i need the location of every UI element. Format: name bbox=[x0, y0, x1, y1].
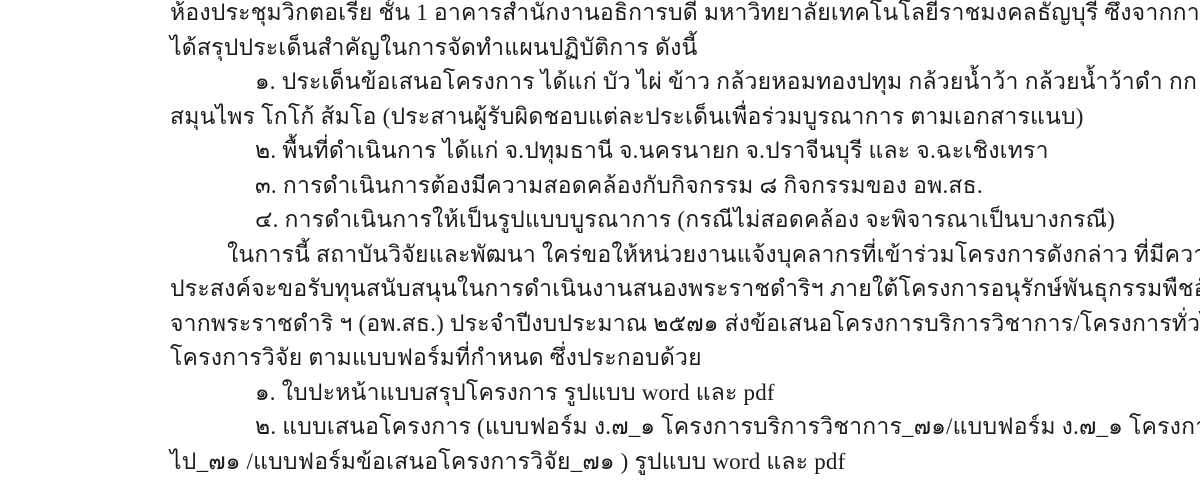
text-line-numbered-item-3: ๓. การดำเนินการต้องมีความสอดคล้องกับกิจก… bbox=[170, 169, 1035, 204]
text-line: ไป_๗๑ /แบบฟอร์มข้อเสนอโครงการวิจัย_๗๑ ) … bbox=[170, 445, 1035, 480]
text-line: ได้สรุปประเด็นสำคัญในการจัดทำแผนปฏิบัติก… bbox=[170, 31, 1035, 66]
document-page: ห้องประชุมวิกตอเรีย ชั้น 1 อาคารสำนักงาน… bbox=[0, 0, 1200, 480]
text-line: ห้องประชุมวิกตอเรีย ชั้น 1 อาคารสำนักงาน… bbox=[170, 0, 1035, 31]
text-line-list-item-2: ๒. แบบเสนอโครงการ (แบบฟอร์ม ง.๗_๑ โครงกา… bbox=[170, 410, 1035, 445]
document-body: ห้องประชุมวิกตอเรีย ชั้น 1 อาคารสำนักงาน… bbox=[170, 0, 1035, 479]
text-line: จากพระราชดำริ ฯ (อพ.สธ.) ประจำปีงบประมาณ… bbox=[170, 307, 1035, 342]
text-line: สมุนไพร โกโก้ ส้มโอ (ประสานผู้รับผิดชอบแ… bbox=[170, 100, 1035, 135]
text-line-list-item-1: ๑. ใบปะหน้าแบบสรุปโครงการ รูปแบบ word แล… bbox=[170, 376, 1035, 411]
text-line-numbered-item-1: ๑. ประเด็นข้อเสนอโครงการ ได้แก่ บัว ไผ่ … bbox=[170, 65, 1035, 100]
text-line: ประสงค์จะขอรับทุนสนับสนุนในการดำเนินงานส… bbox=[170, 272, 1035, 307]
text-line-paragraph-start: ในการนี้ สถาบันวิจัยและพัฒนา ใคร่ขอให้หน… bbox=[170, 238, 1035, 273]
text-line-numbered-item-4: ๔. การดำเนินการให้เป็นรูปแบบบูรณาการ (กร… bbox=[170, 203, 1035, 238]
text-line: โครงการวิจัย ตามแบบฟอร์มที่กำหนด ซึ่งประ… bbox=[170, 341, 1035, 376]
text-line-numbered-item-2: ๒. พื้นที่ดำเนินการ ได้แก่ จ.ปทุมธานี จ.… bbox=[170, 134, 1035, 169]
